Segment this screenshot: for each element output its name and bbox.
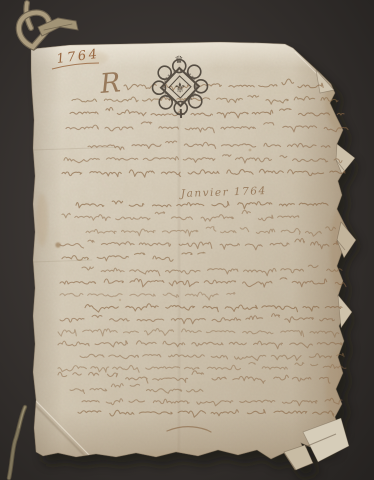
fleur-de-lis-icon: ⚜ [173, 80, 186, 96]
archival-photograph: R Janvier 1764 1764 ⚜ ♛ [0, 0, 374, 480]
crown-icon: ♛ [174, 55, 183, 66]
opening-initial: R [98, 67, 122, 100]
